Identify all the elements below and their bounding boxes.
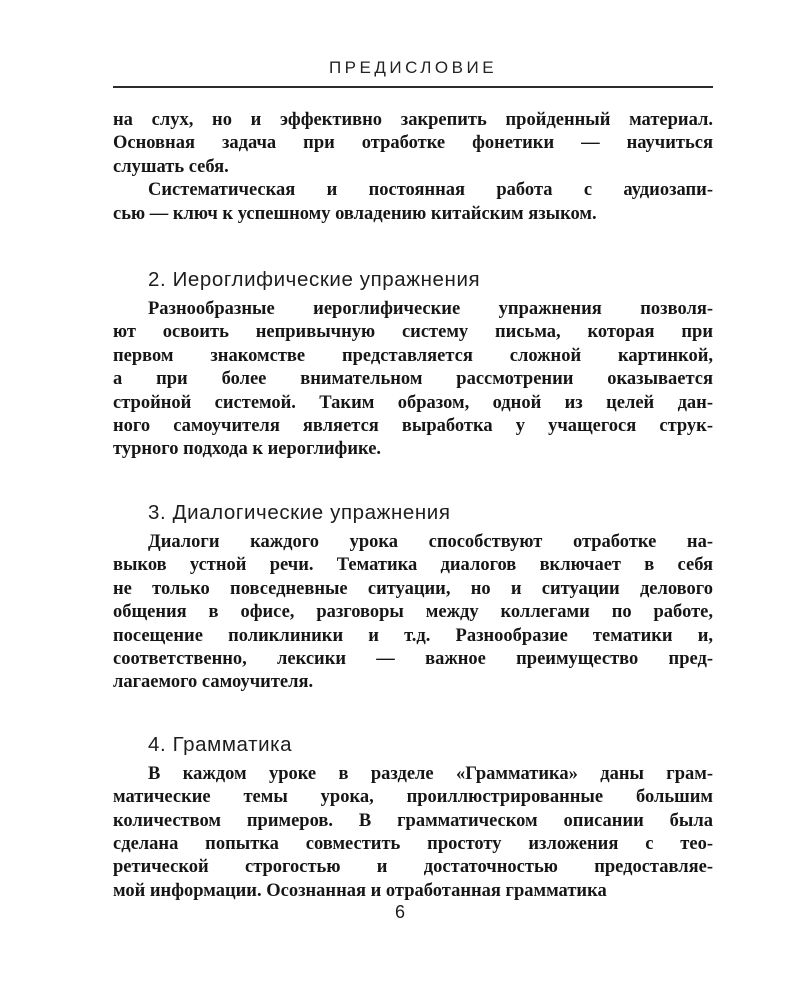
- text-line: Основная задача при отработке фонетики —…: [113, 132, 713, 155]
- text-line: а при более внимательном рассмотрении ок…: [113, 368, 713, 391]
- page-content: ПРЕДИСЛОВИЕ на слух, но и эффективно зак…: [113, 58, 713, 903]
- running-header-title: ПРЕДИСЛОВИЕ: [113, 58, 713, 78]
- header-rule: [113, 86, 713, 88]
- text-line: количеством примеров. В грамматическом о…: [113, 810, 713, 833]
- text-line: ретической строгостью и достаточностью п…: [113, 856, 713, 879]
- text-line: не только повседневные ситуации, но и си…: [113, 578, 713, 601]
- body-text: на слух, но и эффективно закрепить пройд…: [113, 109, 713, 903]
- paragraph-hieroglyphic-exercises: Разнообразные иероглифические упражнения…: [113, 298, 713, 462]
- text-line: Диалоги каждого урока способствуют отраб…: [113, 531, 713, 554]
- paragraph-grammar: В каждом уроке в разделе «Грамматика» да…: [113, 763, 713, 903]
- paragraph-audio-work: Систематическая и постоянная работа с ау…: [113, 179, 713, 226]
- text-line: ного самоучителя является выработка у уч…: [113, 415, 713, 438]
- text-line: Систематическая и постоянная работа с ау…: [113, 179, 713, 202]
- paragraph-dialogue-exercises: Диалоги каждого урока способствуют отраб…: [113, 531, 713, 695]
- text-line: В каждом уроке в разделе «Грамматика» да…: [113, 763, 713, 786]
- section-heading-dialogue-exercises: 3. Диалогические упражнения: [113, 500, 713, 526]
- section-heading-hieroglyphic-exercises: 2. Иероглифические упражнения: [113, 267, 713, 293]
- text-line: Разнообразные иероглифические упражнения…: [113, 298, 713, 321]
- text-line: общения в офисе, разговоры между коллега…: [113, 601, 713, 624]
- text-line: сью — ключ к успешному овладению китайск…: [113, 203, 713, 226]
- text-line: выков устной речи. Тематика диалогов вкл…: [113, 554, 713, 577]
- book-page: ПРЕДИСЛОВИЕ на слух, но и эффективно зак…: [0, 0, 800, 1000]
- page-number: 6: [0, 902, 800, 923]
- paragraph-continuation: на слух, но и эффективно закрепить пройд…: [113, 109, 713, 179]
- text-line: посещение поликлиники и т.д. Разнообрази…: [113, 625, 713, 648]
- text-line: соответственно, лексики — важное преимущ…: [113, 648, 713, 671]
- section-heading-grammar: 4. Грамматика: [113, 732, 713, 758]
- text-line: лагаемого самоучителя.: [113, 671, 713, 694]
- text-line: ют освоить непривычную систему письма, к…: [113, 321, 713, 344]
- text-line: мой информации. Осознанная и отработанна…: [113, 880, 713, 903]
- text-line: первом знакомстве представляется сложной…: [113, 345, 713, 368]
- text-line: матические темы урока, проиллюстрированн…: [113, 786, 713, 809]
- text-line: стройной системой. Таким образом, одной …: [113, 392, 713, 415]
- text-line: на слух, но и эффективно закрепить пройд…: [113, 109, 713, 132]
- text-line: сделана попытка совместить простоту изло…: [113, 833, 713, 856]
- text-line: слушать себя.: [113, 156, 713, 179]
- text-line: турного подхода к иероглифике.: [113, 438, 713, 461]
